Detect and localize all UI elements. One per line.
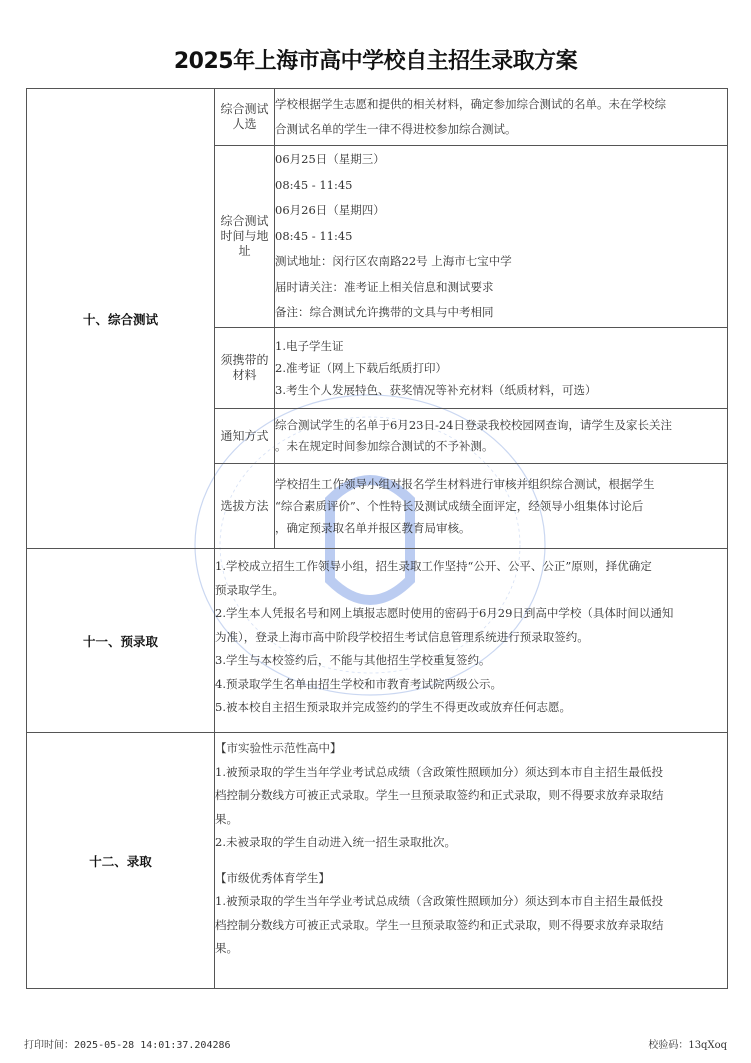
admission-plan-table: 十、综合测试 综合测试 人选 学校根据学生志愿和提供的相关材料，确定参加综合测试…	[26, 88, 728, 989]
content-line: 1.被预录取的学生当年学业考试总成绩（含政策性照顾加分）须达到本市自主招生最低投	[215, 890, 727, 914]
content-line: 果。	[215, 808, 727, 832]
print-time: 打印时间：2025-05-28 14:01:37.204286	[24, 1036, 231, 1051]
row-label-line: 综合测试	[215, 102, 274, 117]
row-label: 通知方式	[215, 409, 275, 464]
content-line: 4.预录取学生名单由招生学校和市教育考试院两级公示。	[215, 673, 727, 697]
row-label-line: 人选	[215, 117, 274, 132]
content-line: 测试地址：闵行区农南路22号 上海市七宝中学	[275, 249, 727, 275]
content-line: 预录取学生。	[215, 579, 727, 603]
row-content: 1.电子学生证 2.准考证（网上下载后纸质打印） 3.考生个人发展特色、获奖情况…	[275, 328, 728, 409]
content-line: 学校招生工作领导小组对报名学生材料进行审核并组织综合测试，根据学生	[275, 473, 727, 495]
section-content: 1.学校成立招生工作领导小组，招生录取工作坚持“公开、公平、公正”原则，择优确定…	[215, 549, 728, 733]
content-line: 3.考生个人发展特色、获奖情况等补充材料（纸质材料，可选）	[275, 379, 727, 401]
content-line: 06月25日（星期三）	[275, 147, 727, 173]
table-row: 十一、预录取 1.学校成立招生工作领导小组，招生录取工作坚持“公开、公平、公正”…	[27, 549, 728, 733]
content-line: 08:45 - 11:45	[275, 173, 727, 199]
row-content: 06月25日（星期三） 08:45 - 11:45 06月26日（星期四） 08…	[275, 146, 728, 328]
row-label: 选拔方法	[215, 464, 275, 549]
row-content: 综合测试学生的名单于6月23日-24日登录我校校园网查询，请学生及家长关注 。未…	[275, 409, 728, 464]
page-title: 2025年上海市高中学校自主招生录取方案	[0, 44, 751, 75]
row-label: 须携带的 材料	[215, 328, 275, 409]
content-line: ，确定预录取名单并报区教育局审核。	[275, 517, 727, 539]
content-line: 备注：综合测试允许携带的文具与中考相同	[275, 300, 727, 326]
content-line: 综合测试学生的名单于6月23日-24日登录我校校园网查询，请学生及家长关注	[275, 415, 727, 436]
content-line: 2.学生本人凭报名号和网上填报志愿时使用的密码于6月29日到高中学校（具体时间以…	[215, 602, 727, 626]
content-line: 5.被本校自主招生预录取并完成签约的学生不得更改或放弃任何志愿。	[215, 696, 727, 720]
row-label-line: 材料	[215, 368, 274, 383]
content-line: 果。	[215, 937, 727, 961]
section-label: 十、综合测试	[27, 89, 215, 549]
row-label-line: 综合测试	[215, 214, 274, 229]
row-content: 学校根据学生志愿和提供的相关材料，确定参加综合测试的名单。未在学校综 合测试名单…	[275, 89, 728, 146]
table-row: 十、综合测试 综合测试 人选 学校根据学生志愿和提供的相关材料，确定参加综合测试…	[27, 89, 728, 146]
content-line: 为准），登录上海市高中阶段学校招生考试信息管理系统进行预录取签约。	[215, 626, 727, 650]
group-heading: 【市实验性示范性高中】	[215, 737, 727, 761]
section-label: 十二、录取	[27, 733, 215, 989]
row-label-line: 须携带的	[215, 353, 274, 368]
content-line: 档控制分数线方可被正式录取。学生一旦预录取签约和正式录取，则不得要求放弃录取结	[215, 914, 727, 938]
content-line: 1.被预录取的学生当年学业考试总成绩（含政策性照顾加分）须达到本市自主招生最低投	[215, 761, 727, 785]
content-line: 1.学校成立招生工作领导小组，招生录取工作坚持“公开、公平、公正”原则，择优确定	[215, 555, 727, 579]
content-line: 合测试名单的学生一律不得进校参加综合测试。	[275, 117, 727, 143]
content-line: 学校根据学生志愿和提供的相关材料，确定参加综合测试的名单。未在学校综	[275, 92, 727, 118]
content-line: 06月26日（星期四）	[275, 198, 727, 224]
row-label-line: 址	[215, 244, 274, 259]
content-line: “综合素质评价”、个性特长及测试成绩全面评定，经领导小组集体讨论后	[275, 495, 727, 517]
table-row: 十二、录取 【市实验性示范性高中】 1.被预录取的学生当年学业考试总成绩（含政策…	[27, 733, 728, 989]
row-label: 综合测试 人选	[215, 89, 275, 146]
row-label: 综合测试 时间与地 址	[215, 146, 275, 328]
group-heading: 【市级优秀体育学生】	[215, 867, 727, 891]
section-content: 【市实验性示范性高中】 1.被预录取的学生当年学业考试总成绩（含政策性照顾加分）…	[215, 733, 728, 989]
row-content: 学校招生工作领导小组对报名学生材料进行审核并组织综合测试，根据学生 “综合素质评…	[275, 464, 728, 549]
row-label-line: 时间与地	[215, 229, 274, 244]
content-line: 08:45 - 11:45	[275, 224, 727, 250]
spacer	[215, 855, 727, 867]
content-line: 2.准考证（网上下载后纸质打印）	[275, 357, 727, 379]
content-line: 3.学生与本校签约后，不能与其他招生学校重复签约。	[215, 649, 727, 673]
content-line: 。未在规定时间参加综合测试的不予补测。	[275, 436, 727, 457]
content-line: 档控制分数线方可被正式录取。学生一旦预录取签约和正式录取，则不得要求放弃录取结	[215, 784, 727, 808]
section-label: 十一、预录取	[27, 549, 215, 733]
content-line: 2.未被录取的学生自动进入统一招生录取批次。	[215, 831, 727, 855]
checksum: 校验码：13qXoq	[648, 1036, 727, 1051]
content-line: 1.电子学生证	[275, 335, 727, 357]
content-line: 届时请关注：准考证上相关信息和测试要求	[275, 275, 727, 301]
